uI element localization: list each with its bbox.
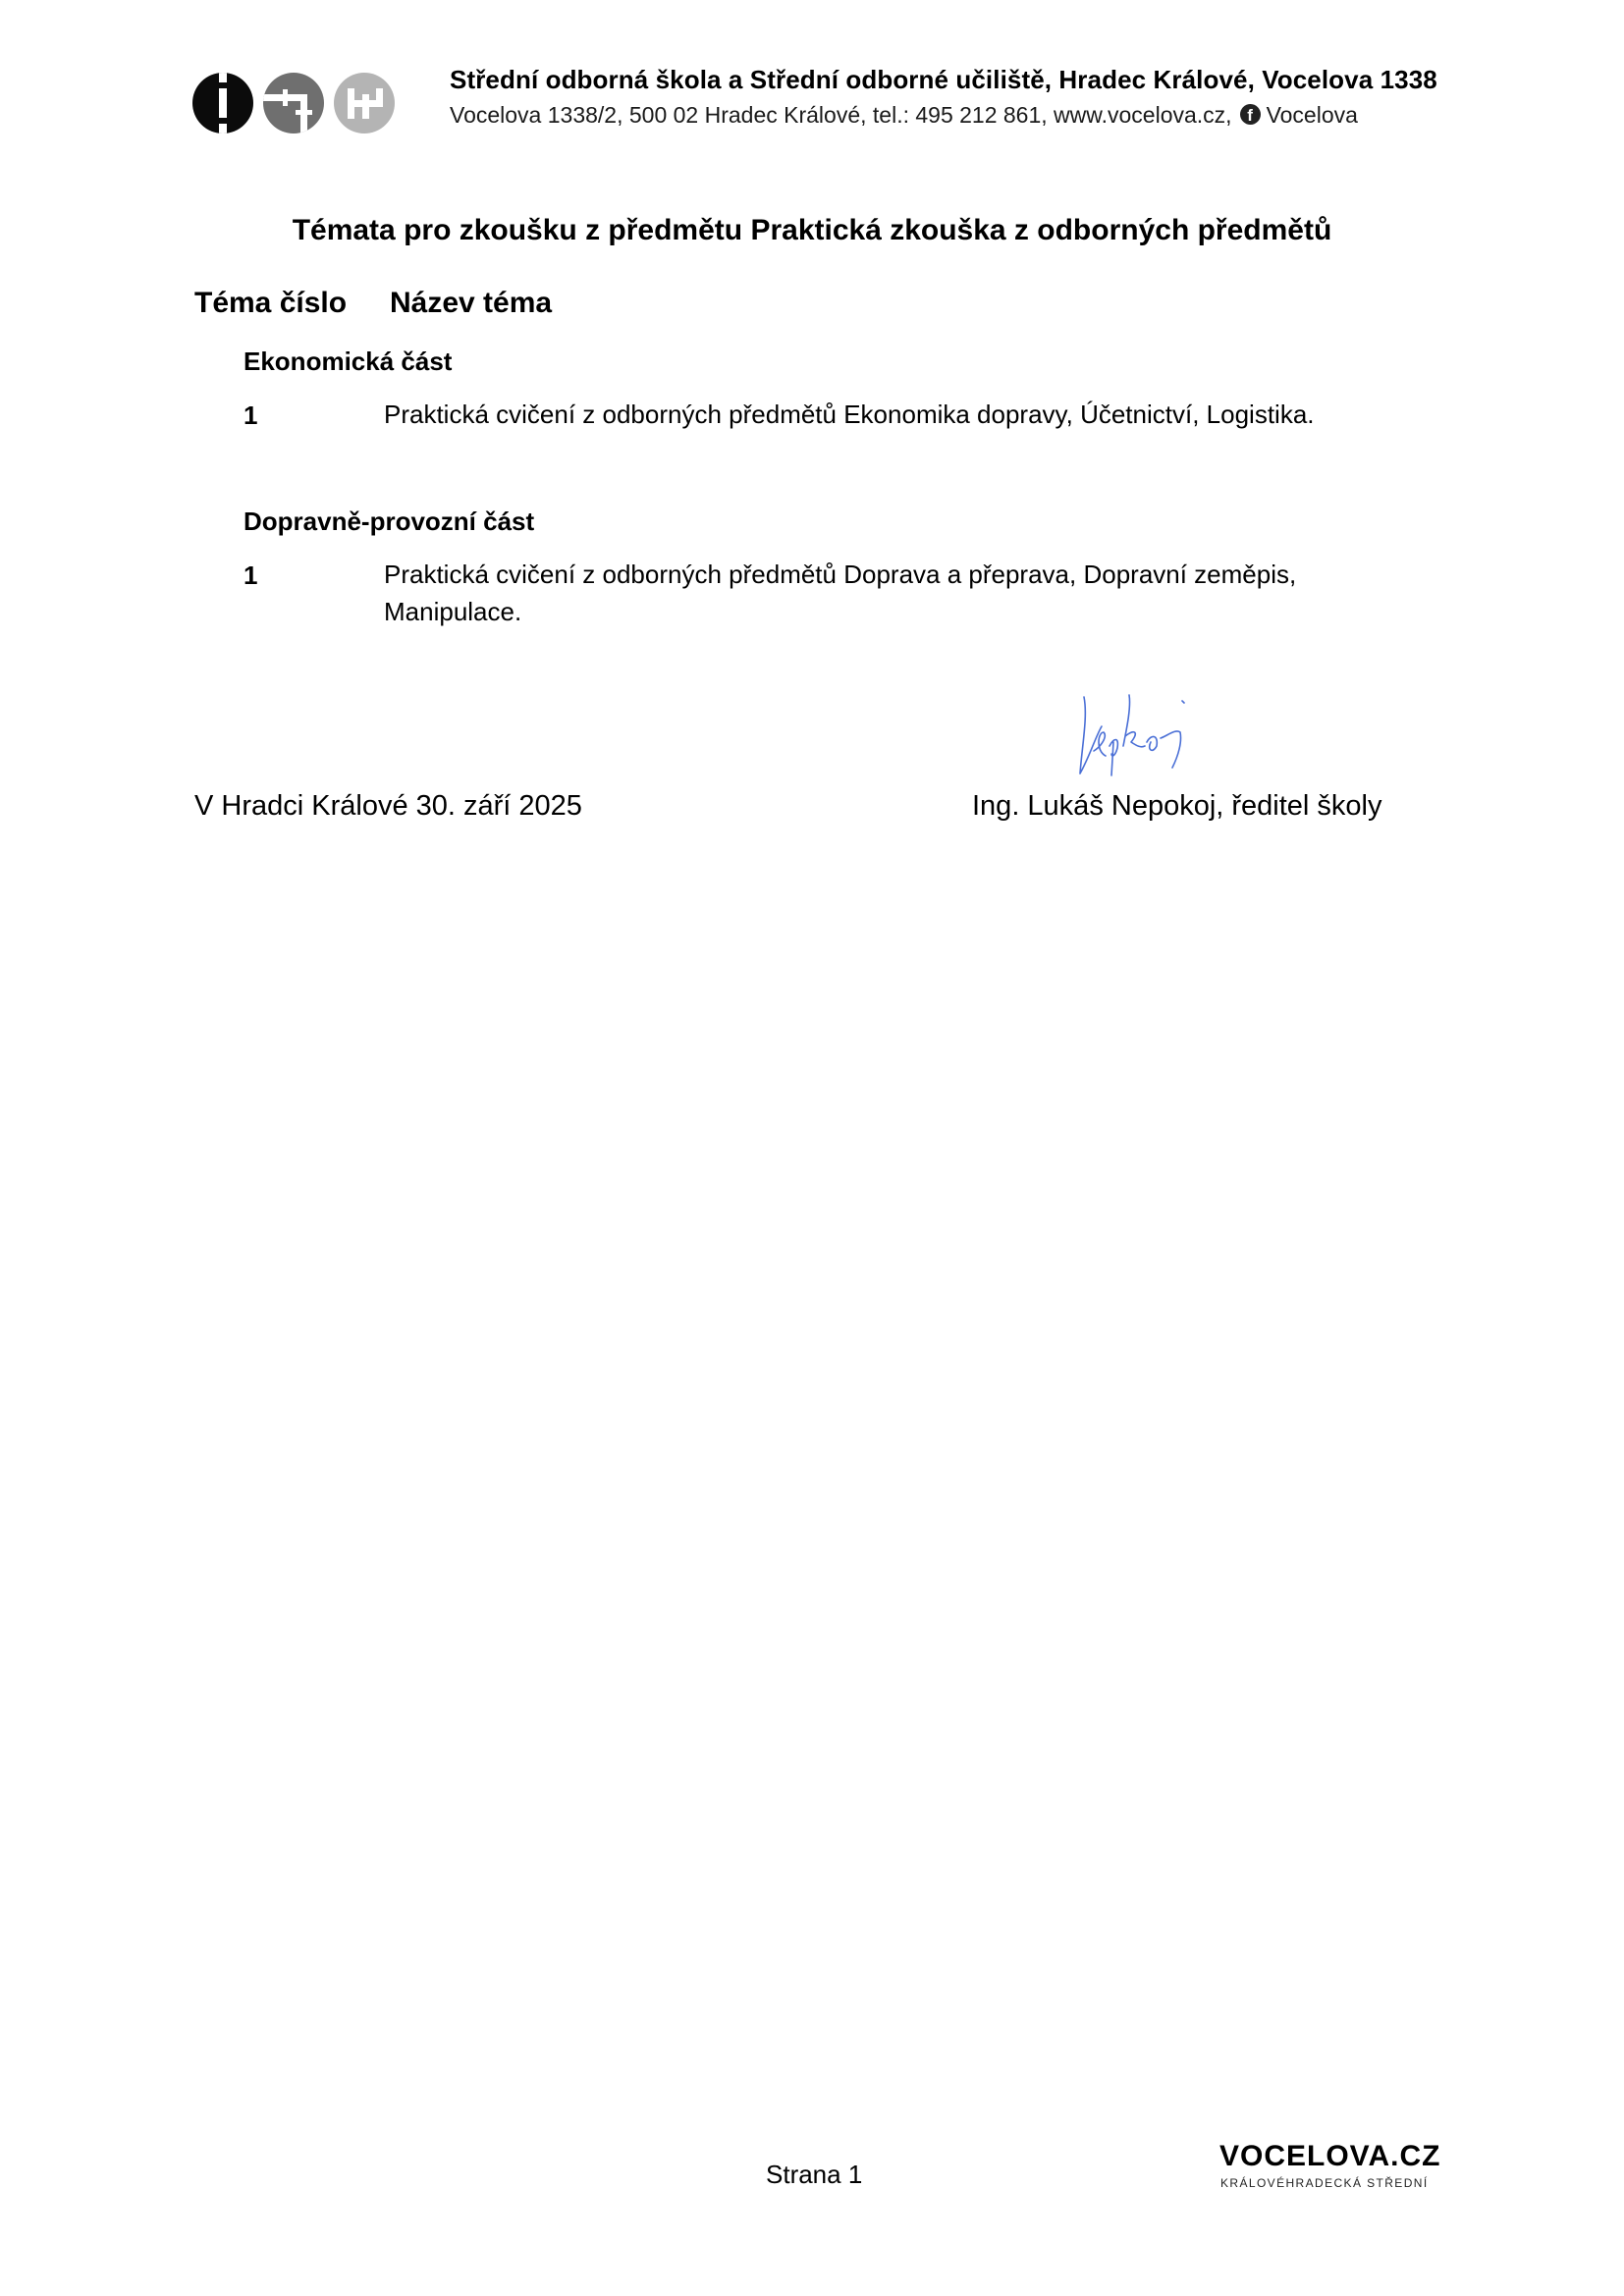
facebook-icon: f <box>1240 104 1261 125</box>
school-logo-light-icon <box>334 73 395 133</box>
school-logo-gray-icon <box>263 73 324 133</box>
signature-image <box>1062 677 1205 783</box>
footer-brand-tagline: KRÁLOVÉHRADECKÁ STŘEDNÍ <box>1220 2176 1429 2190</box>
topic-text: Praktická cvičení z odborných předmětů E… <box>384 396 1415 433</box>
footer-brand: VOCELOVA.CZ <box>1219 2140 1440 2173</box>
document-title: Témata pro zkoušku z předmětu Praktická … <box>0 214 1624 247</box>
contact-line: Vocelova 1338/2, 500 02 Hradec Králové, … <box>450 102 1232 128</box>
signatory: Ing. Lukáš Nepokoj, ředitel školy <box>972 790 1382 823</box>
column-header-number: Téma číslo <box>194 287 347 320</box>
column-header-name: Název téma <box>390 287 552 320</box>
topic-number: 1 <box>244 561 257 591</box>
page-number: Strana 1 <box>766 2160 862 2190</box>
facebook-label: Vocelova <box>1267 102 1358 128</box>
school-contact: Vocelova 1338/2, 500 02 Hradec Králové, … <box>450 102 1358 129</box>
section-heading: Dopravně-provozní část <box>244 507 534 537</box>
topic-text: Praktická cvičení z odborných předmětů D… <box>384 556 1376 630</box>
topic-number: 1 <box>244 400 257 431</box>
place-and-date: V Hradci Králové 30. září 2025 <box>194 790 582 823</box>
school-logo-black-icon <box>192 73 253 133</box>
school-name: Střední odborná škola a Střední odborné … <box>450 65 1437 95</box>
section-heading: Ekonomická část <box>244 347 452 377</box>
handwritten-signature-icon <box>1062 677 1205 783</box>
